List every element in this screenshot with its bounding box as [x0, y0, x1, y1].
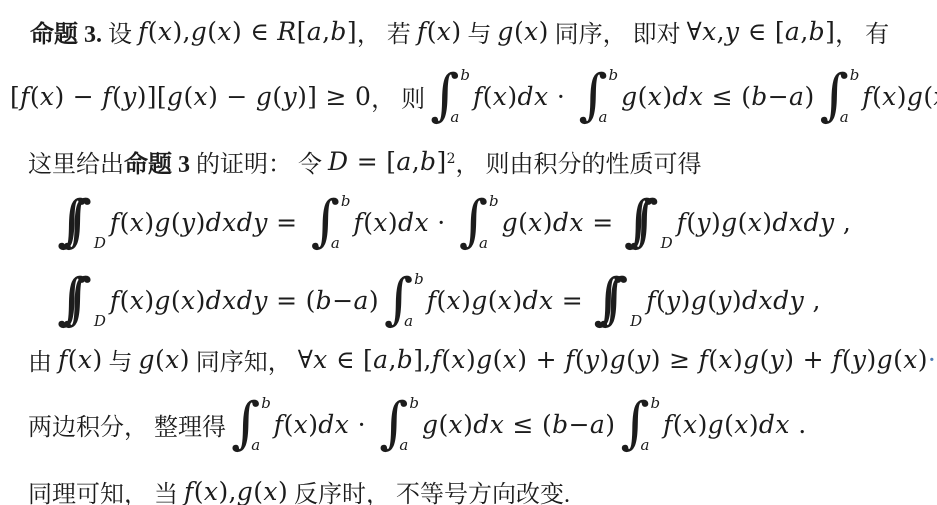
math-text: f(x)g(x)dxdy = (b−a)	[110, 286, 379, 315]
math-text: f(x)g(y)dxdy =	[110, 208, 306, 237]
double-integral-sign: ∫∫D	[57, 190, 106, 254]
integral-bounds: ba	[608, 66, 619, 126]
chinese-text: 反序时， 不等号方向改变.	[288, 474, 570, 505]
math-text: g(x)dx =	[502, 208, 622, 237]
integral-sign: ∫ba	[820, 64, 860, 128]
double-integral-region-bound: D	[630, 312, 642, 330]
superscript: 2	[447, 151, 456, 167]
integral-upper-bound: b	[341, 192, 351, 210]
integral-sign: ∫ba	[578, 64, 618, 128]
integral-sign: ∫ba	[311, 190, 351, 254]
chinese-text: ， 若	[357, 14, 417, 49]
double-integral-region-bound: D	[94, 312, 106, 330]
math-text: f(y)g(x)dxdy ,	[677, 208, 852, 237]
integral-sign: ∫ba	[379, 392, 419, 456]
math-text: f(x)g(x)dx.	[862, 82, 937, 111]
double-integral-region-bound: D	[94, 234, 106, 252]
double-integral-region-bound: D	[661, 234, 673, 252]
chinese-text: 与	[461, 14, 497, 49]
integral-upper-bound: b	[460, 66, 470, 84]
integral-upper-bound: b	[609, 66, 619, 84]
math-text: f(x)dx ·	[353, 208, 453, 237]
double-integral-sign: ∫∫D	[57, 268, 106, 332]
integral-upper-bound: b	[414, 270, 424, 288]
integral-lower-bound: a	[251, 436, 260, 454]
integral-lower-bound: a	[599, 108, 608, 126]
math-text: f(y)g(y)dxdy ,	[646, 286, 821, 315]
proposition-statement-line-2: [f(x) − f(y)][g(x) − g(y)] ≥ 0， 则∫baf(x)…	[0, 58, 937, 134]
same-order-inequality-line: 由 f(x) 与 g(x) 同序知， ∀x ∈ [a,b],f(x)g(x) +…	[0, 340, 937, 378]
double-integral-glyph: ∫	[63, 268, 92, 332]
math-text: g(x)	[139, 345, 190, 374]
chinese-text: 同理可知， 当	[28, 474, 184, 505]
integral-upper-bound: b	[409, 394, 419, 412]
math-text: D = [a,b]	[328, 147, 447, 176]
math-text: f(x),g(x) ∈ R[a,b]	[138, 17, 357, 46]
integral-upper-bound: b	[850, 66, 860, 84]
double-integral-sign: ∫∫D	[624, 190, 673, 254]
document-body: 命题 3. 设 f(x),g(x) ∈ R[a,b]， 若 f(x) 与 g(x…	[0, 12, 937, 505]
integral-sign: ∫ba	[231, 392, 271, 456]
math-text: [f(x) − f(y)][g(x) − g(y)] ≥ 0	[10, 82, 371, 111]
integral-lower-bound: a	[840, 108, 849, 126]
double-integral-identity-1: ∫∫Df(x)g(y)dxdy = ∫baf(x)dx · ∫bag(x)dx …	[0, 184, 937, 260]
math-text: g(x)dx ≤ (b−a)	[422, 410, 615, 439]
integral-lower-bound: a	[479, 234, 488, 252]
integral-sign: ∫ba	[459, 190, 499, 254]
chinese-text: 同序， 即对	[549, 14, 687, 49]
math-text: f(x)	[417, 17, 462, 46]
chinese-text: ， 则由积分的性质可得	[456, 144, 702, 179]
document-page: 命题 3. 设 f(x),g(x) ∈ R[a,b]， 若 f(x) 与 g(x…	[0, 0, 937, 505]
integral-bounds: ba	[650, 394, 661, 454]
integral-upper-bound: b	[261, 394, 271, 412]
chinese-text: 命题 3.	[30, 14, 102, 49]
double-integral-sign: ∫∫D	[593, 268, 642, 332]
math-text: f(x)g(x)dx =	[427, 286, 592, 315]
integral-bounds: ba	[849, 66, 860, 126]
integral-lower-bound: a	[404, 312, 413, 330]
math-text: f(x)	[58, 345, 103, 374]
chinese-text: 设	[102, 14, 138, 49]
chinese-text: 的证明： 令	[190, 144, 328, 179]
integral-bounds: ba	[488, 192, 499, 252]
double-integral-glyph: ∫	[599, 268, 628, 332]
math-text: g(x)dx ≤ (b−a)	[621, 82, 814, 111]
reverse-order-conclusion-line: 同理可知， 当 f(x),g(x) 反序时， 不等号方向改变.	[0, 472, 937, 505]
chinese-text: 同序知，	[190, 342, 298, 377]
proof-intro-line: 这里给出命题 3 的证明： 令 D = [a,b]2， 则由积分的性质可得	[0, 142, 937, 180]
math-text: ∀x,y ∈ [a,b]	[687, 17, 835, 46]
double-integral-glyph: ∫	[629, 190, 658, 254]
chinese-text: 由	[28, 342, 58, 377]
integral-lower-bound: a	[450, 108, 459, 126]
integral-lower-bound: a	[331, 234, 340, 252]
chinese-text: 命题 3	[124, 144, 190, 179]
math-text: f(x)dx ·	[473, 82, 573, 111]
chinese-text: ， 有	[835, 14, 889, 49]
chinese-text: 与	[103, 342, 139, 377]
integral-upper-bound: b	[489, 192, 499, 210]
integral-bounds: ba	[408, 394, 419, 454]
integral-bounds: ba	[340, 192, 351, 252]
chinese-text: ， 则	[371, 79, 425, 114]
integral-lower-bound: a	[641, 436, 650, 454]
integral-upper-bound: b	[651, 394, 661, 412]
integral-lower-bound: a	[399, 436, 408, 454]
integral-sign: ∫ba	[430, 64, 470, 128]
integral-sign: ∫ba	[384, 268, 424, 332]
integral-bounds: ba	[459, 66, 470, 126]
math-text: f(x),g(x)	[184, 477, 288, 505]
integral-bounds: ba	[413, 270, 424, 330]
math-text: f(x)g(x)dx .	[663, 410, 806, 439]
integral-sign: ∫ba	[620, 392, 660, 456]
double-integral-glyph: ∫	[63, 190, 92, 254]
double-integral-identity-2: ∫∫Df(x)g(x)dxdy = (b−a)∫baf(x)g(x)dx = ∫…	[0, 262, 937, 338]
chinese-text: 两边积分， 整理得	[28, 407, 226, 442]
math-text: f(x)dx ·	[274, 410, 374, 439]
integrate-both-sides-line: 两边积分， 整理得∫baf(x)dx · ∫bag(x)dx ≤ (b−a)∫b…	[0, 386, 937, 462]
math-text: g(x)	[497, 17, 548, 46]
integral-bounds: ba	[260, 394, 271, 454]
math-text: ·	[928, 345, 936, 374]
math-text: ∀x ∈ [a,b],f(x)g(x) + f(y)g(y) ≥ f(x)g(y…	[298, 345, 928, 374]
proposition-statement-line-1: 命题 3. 设 f(x),g(x) ∈ R[a,b]， 若 f(x) 与 g(x…	[0, 12, 937, 50]
chinese-text: 这里给出	[28, 144, 124, 179]
